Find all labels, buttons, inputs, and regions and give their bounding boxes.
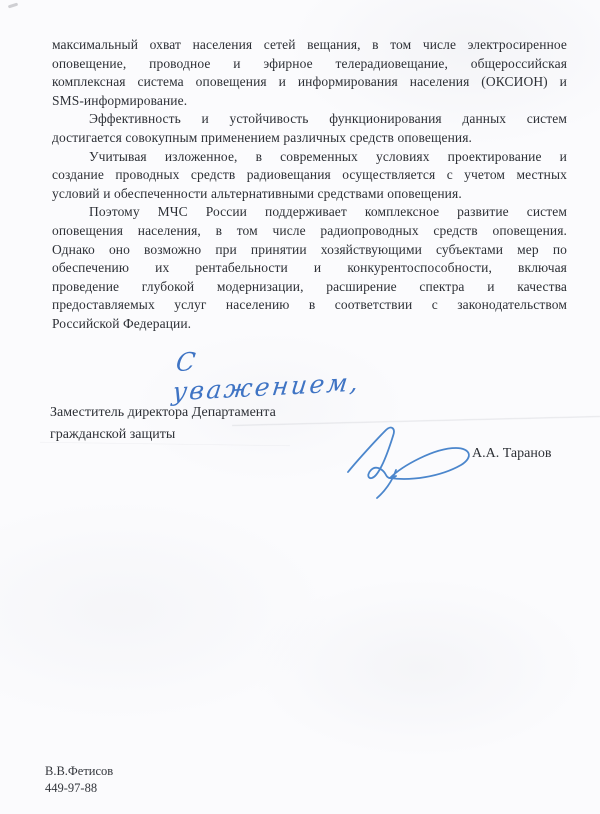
body-line: Поэтому МЧС России поддерживает комплекс… xyxy=(52,203,567,222)
signatory-name: А.А. Таранов xyxy=(472,446,551,462)
body-line: Российской Федерации. xyxy=(52,315,567,334)
signature-autograph-icon xyxy=(338,424,476,502)
executor-phone: 449-97-88 xyxy=(45,780,113,797)
body-line: SMS-информирование. xyxy=(52,92,567,111)
signatory-position-line2: гражданской защиты xyxy=(50,424,276,446)
body-line: Учитывая изложенное, в современных услов… xyxy=(52,148,567,167)
signatory-position: Заместитель директора Департамента гражд… xyxy=(50,402,276,446)
body-line: создание проводных средств радиовещания … xyxy=(52,166,567,185)
body-line: обеспечению их рентабельности и конкурен… xyxy=(52,259,567,278)
signatory-position-line1: Заместитель директора Департамента xyxy=(50,402,276,424)
scan-artifact-speck xyxy=(8,3,18,9)
scanned-letter-page: максимальный охват населения сетей вещан… xyxy=(0,0,600,814)
body-line: условий и обеспеченности альтернативными… xyxy=(52,185,567,204)
executor-name: В.В.Фетисов xyxy=(45,763,113,780)
body-line: проведение глубокой модернизации, расшир… xyxy=(52,278,567,297)
letter-body: максимальный охват населения сетей вещан… xyxy=(52,36,567,334)
body-line: комплексная система оповещения и информи… xyxy=(52,73,567,92)
body-line: максимальный охват населения сетей вещан… xyxy=(52,36,567,55)
body-line: достигается совокупным применением разли… xyxy=(52,129,567,148)
body-line: оповещение, проводное и эфирное телеради… xyxy=(52,55,567,74)
body-line: Однако оно возможно при принятии хозяйст… xyxy=(52,241,567,260)
body-line: предоставляемых услуг населению в соотве… xyxy=(52,296,567,315)
body-line: Эффективность и устойчивость функциониро… xyxy=(52,110,567,129)
handwritten-closing: С уважением, xyxy=(171,336,398,406)
body-line: оповещения населения, в том числе радиоп… xyxy=(52,222,567,241)
executor-block: В.В.Фетисов 449-97-88 xyxy=(45,763,113,797)
